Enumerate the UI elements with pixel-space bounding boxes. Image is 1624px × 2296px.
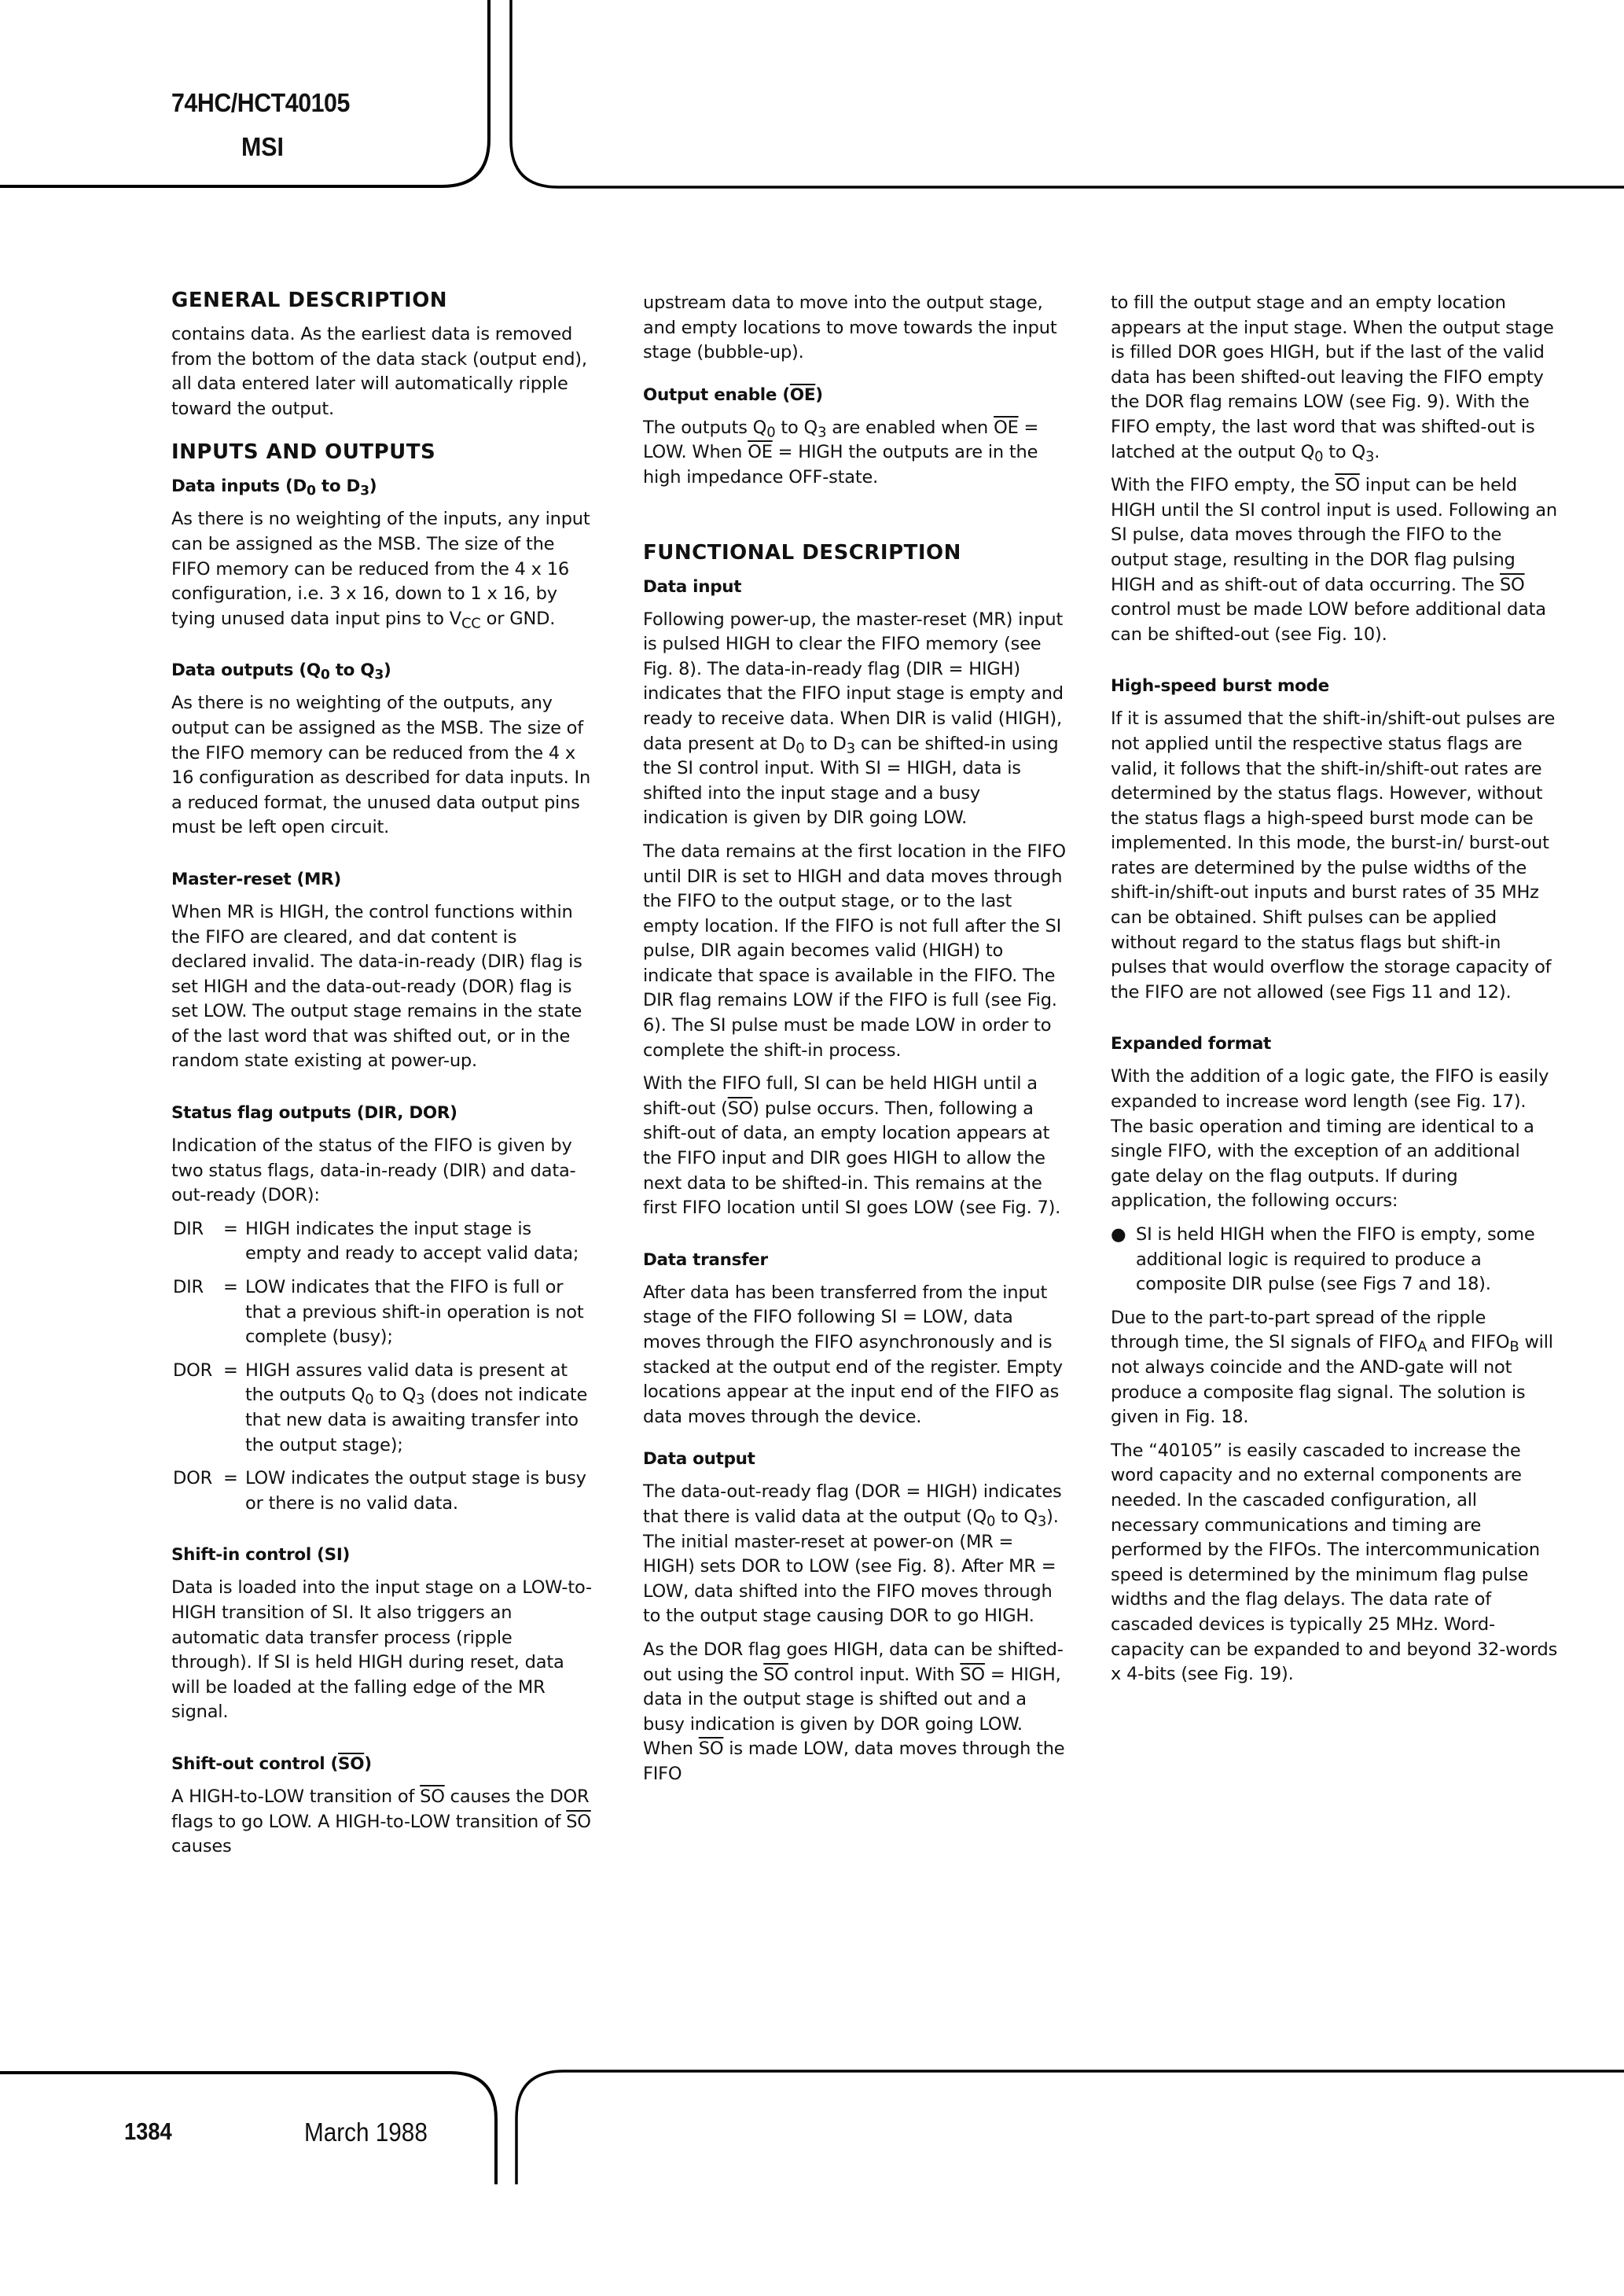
continued-text: upstream data to move into the output st… [643,291,1067,366]
data-input-text-2: The data remains at the first location i… [643,840,1067,1063]
device-family-label: MSI [241,132,284,162]
definition-dor-low: DOR=LOW indicates the output stage is bu… [171,1466,592,1516]
heading-status-flag-outputs: Status flag outputs (DIR, DOR) [171,1101,592,1125]
heading-inputs-and-outputs: INPUTS AND OUTPUTS [171,439,592,465]
middle-column: upstream data to move into the output st… [643,291,1067,1787]
heading-general-description: GENERAL DESCRIPTION [171,287,592,314]
output-enable-text: The outputs Q0 to Q3 are enabled when OE… [643,416,1067,491]
bullet-icon: ● [1111,1223,1136,1297]
definition-dir-high: DIR=HIGH indicates the input stage is em… [171,1217,592,1267]
expanded-format-text-2: Due to the part-to-part spread of the ri… [1111,1306,1559,1430]
data-input-text-3: With the FIFO full, SI can be held HIGH … [643,1072,1067,1221]
heading-expanded-format: Expanded format [1111,1032,1559,1056]
shift-in-text: Data is loaded into the input stage on a… [171,1576,592,1725]
data-input-text: Following power-up, the master-reset (MR… [643,608,1067,831]
status-flags-text: Indication of the status of the FIFO is … [171,1134,592,1209]
burst-mode-text: If it is assumed that the shift-in/shift… [1111,707,1559,1005]
heading-high-speed-burst-mode: High-speed burst mode [1111,674,1559,698]
left-column: GENERAL DESCRIPTION contains data. As th… [171,287,592,1860]
master-reset-text: When MR is HIGH, the control functions w… [171,900,592,1074]
continued-text: to fill the output stage and an empty lo… [1111,291,1559,465]
heading-data-transfer: Data transfer [643,1248,1067,1272]
data-inputs-text: As there is no weighting of the inputs, … [171,507,592,631]
heading-data-output: Data output [643,1447,1067,1471]
right-column: to fill the output stage and an empty lo… [1111,291,1559,1687]
data-transfer-text: After data has been transferred from the… [643,1281,1067,1430]
cascade-text: The “40105” is easily cascaded to increa… [1111,1439,1559,1687]
general-description-text: contains data. As the earliest data is r… [171,322,592,421]
heading-shift-in-control: Shift-in control (SI) [171,1543,592,1567]
footer-rule-right [516,2071,1624,2184]
data-outputs-text: As there is no weighting of the outputs,… [171,691,592,841]
data-output-text: The data-out-ready flag (DOR = HIGH) ind… [643,1480,1067,1629]
heading-data-input: Data input [643,575,1067,599]
part-number-title: 74HC/HCT40105 [171,88,350,118]
header-rule-right [511,0,1624,187]
heading-functional-description: FUNCTIONAL DESCRIPTION [643,539,1067,566]
bullet-item: ● SI is held HIGH when the FIFO is empty… [1111,1223,1559,1297]
data-output-text-2: As the DOR flag goes HIGH, data can be s… [643,1638,1067,1787]
heading-data-inputs: Data inputs (D0 to D3) [171,474,592,499]
publication-date: March 1988 [304,2118,428,2147]
definition-dir-low: DIR=LOW indicates that the FIFO is full … [171,1275,592,1350]
heading-data-outputs: Data outputs (Q0 to Q3) [171,658,592,683]
empty-fifo-text: With the FIFO empty, the SO input can be… [1111,473,1559,647]
heading-master-reset: Master-reset (MR) [171,867,592,892]
heading-shift-out-control: Shift-out control (SO) [171,1752,592,1776]
shift-out-text: A HIGH-to-LOW transition of SO causes th… [171,1785,592,1860]
expanded-format-text: With the addition of a logic gate, the F… [1111,1065,1559,1214]
definition-dor-high: DOR=HIGH assures valid data is present a… [171,1359,592,1458]
heading-output-enable: Output enable (OE) [643,383,1067,407]
page-number: 1384 [124,2118,172,2146]
